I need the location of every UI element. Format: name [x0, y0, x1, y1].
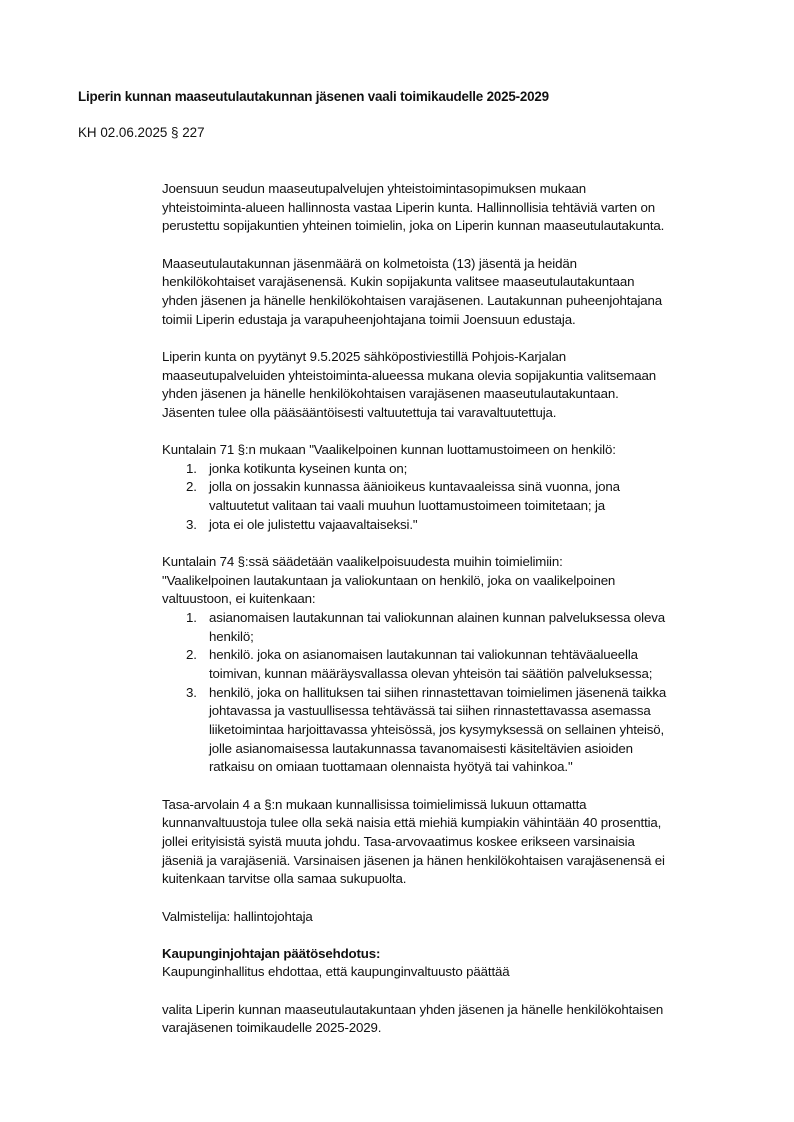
text-line: Kuntalain 74 §:ssä säädetään vaalikelpoi… — [162, 553, 742, 572]
text-line: henkilö; — [209, 628, 742, 647]
text-line: Liperin kunta on pyytänyt 9.5.2025 sähkö… — [162, 348, 742, 367]
text-line: Kuntalain 71 §:n mukaan "Vaalikelpoinen … — [162, 441, 742, 460]
text-line: varajäsenen toimikaudelle 2025-2029. — [162, 1019, 742, 1038]
proposal-intro: Kaupunginhallitus ehdottaa, että kaupung… — [162, 963, 742, 982]
text-line: henkilö. joka on asianomaisen lautakunna… — [209, 646, 742, 665]
list-number: 2. — [186, 478, 197, 497]
list-number: 1. — [186, 460, 197, 479]
text-line: jäseniä ja varajäseniä. Varsinaisen jäse… — [162, 852, 742, 871]
list-number: 1. — [186, 609, 197, 628]
text-line: kunnanvaltuustoja tulee olla sekä naisia… — [162, 814, 742, 833]
document-page: Liperin kunnan maaseutulautakunnan jäsen… — [0, 0, 794, 1122]
law74-section: Kuntalain 74 §:ssä säädetään vaalikelpoi… — [162, 553, 742, 777]
text-line: Maaseutulautakunnan jäsenmäärä on kolmet… — [162, 255, 742, 274]
text-line: yhteistoiminta-alueen hallinnosta vastaa… — [162, 199, 742, 218]
list-item: 1.asianomaisen lautakunnan tai valiokunn… — [162, 609, 742, 646]
text-line: kuitenkaan tarvitse olla samaa sukupuolt… — [162, 870, 742, 889]
text-line: jolle asianomaisessa lautakunnassa tavan… — [209, 740, 742, 759]
text-line: Jäsenten tulee olla pääsääntöisesti valt… — [162, 404, 742, 423]
text-line: jolla on jossakin kunnassa äänioikeus ku… — [209, 478, 742, 497]
decision-paragraph: valita Liperin kunnan maaseutulautakunta… — [162, 1001, 742, 1038]
list-item: 2.henkilö. joka on asianomaisen lautakun… — [162, 646, 742, 683]
text-line: valtuutetut valitaan tai vaali muuhun lu… — [209, 497, 742, 516]
body-paragraph: Joensuun seudun maaseutupalvelujen yhtei… — [162, 180, 742, 236]
list-number: 3. — [186, 684, 197, 703]
document-body: Joensuun seudun maaseutupalvelujen yhtei… — [162, 180, 742, 1057]
list-number: 3. — [186, 516, 197, 535]
text-line: jota ei ole julistettu vajaavaltaiseksi.… — [209, 516, 742, 535]
body-paragraph: Liperin kunta on pyytänyt 9.5.2025 sähkö… — [162, 348, 742, 423]
text-line: jonka kotikunta kyseinen kunta on; — [209, 460, 742, 479]
text-line: ratkaisu on omiaan tuottamaan olennaista… — [209, 758, 742, 777]
list-number: 2. — [186, 646, 197, 665]
law71-list: 1.jonka kotikunta kyseinen kunta on;2.jo… — [162, 460, 742, 535]
text-line: yhden jäsenen ja hänelle henkilökohtaise… — [162, 292, 742, 311]
text-line: johtavassa ja vastuullisessa tehtävässä … — [209, 702, 742, 721]
text-line: valtuustoon, ei kuitenkaan: — [162, 590, 742, 609]
body-paragraph: Maaseutulautakunnan jäsenmäärä on kolmet… — [162, 255, 742, 330]
text-line: Joensuun seudun maaseutupalvelujen yhtei… — [162, 180, 742, 199]
proposal-section: Kaupunginjohtajan päätösehdotus: Kaupung… — [162, 945, 742, 982]
document-title: Liperin kunnan maaseutulautakunnan jäsen… — [78, 89, 549, 104]
text-line: toimivan, kunnan määräysvallassa olevan … — [209, 665, 742, 684]
text-line: henkilökohtaiset varajäsenensä. Kukin so… — [162, 273, 742, 292]
text-line: perustettu sopijakuntien yhteinen toimie… — [162, 217, 742, 236]
text-line: jollei erityisistä syistä muuta johdu. T… — [162, 833, 742, 852]
list-item: 1.jonka kotikunta kyseinen kunta on; — [162, 460, 742, 479]
text-line: maaseutupalveluiden yhteistoiminta-aluee… — [162, 367, 742, 386]
text-line: liiketoimintaa harjoittavassa yhteisössä… — [209, 721, 742, 740]
list-item: 2.jolla on jossakin kunnassa äänioikeus … — [162, 478, 742, 515]
meeting-reference: KH 02.06.2025 § 227 — [78, 125, 205, 140]
law71-section: Kuntalain 71 §:n mukaan "Vaalikelpoinen … — [162, 441, 742, 534]
preparer-line: Valmistelija: hallintojohtaja — [162, 908, 742, 927]
text-line: valita Liperin kunnan maaseutulautakunta… — [162, 1001, 742, 1020]
list-item: 3.henkilö, joka on hallituksen tai siihe… — [162, 684, 742, 777]
equality-paragraph: Tasa-arvolain 4 a §:n mukaan kunnallisis… — [162, 796, 742, 889]
text-line: Tasa-arvolain 4 a §:n mukaan kunnallisis… — [162, 796, 742, 815]
text-line: toimii Liperin edustaja ja varapuheenjoh… — [162, 311, 742, 330]
list-item: 3.jota ei ole julistettu vajaavaltaiseks… — [162, 516, 742, 535]
text-line: henkilö, joka on hallituksen tai siihen … — [209, 684, 742, 703]
text-line: "Vaalikelpoinen lautakuntaan ja valiokun… — [162, 572, 742, 591]
proposal-heading: Kaupunginjohtajan päätösehdotus: — [162, 945, 742, 964]
text-line: yhden jäsenen ja hänelle henkilökohtaise… — [162, 385, 742, 404]
text-line: asianomaisen lautakunnan tai valiokunnan… — [209, 609, 742, 628]
law74-list: 1.asianomaisen lautakunnan tai valiokunn… — [162, 609, 742, 777]
